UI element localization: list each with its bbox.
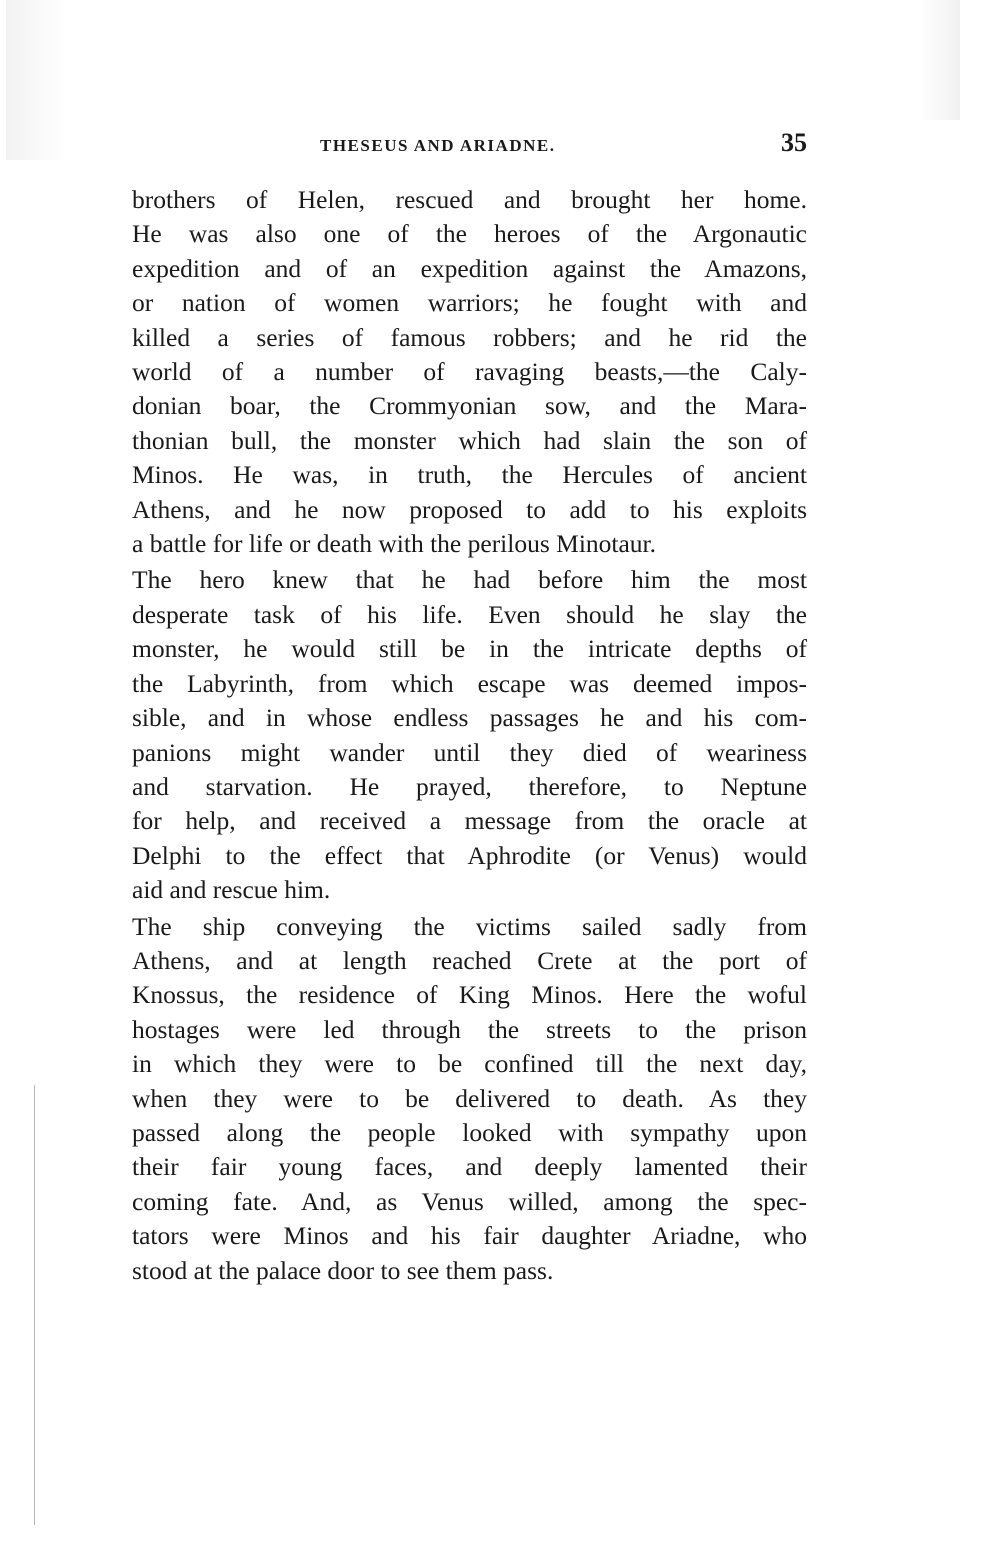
text-line: donian boar, the Crommyonian sow, and th… bbox=[132, 389, 807, 423]
text-line: and starvation. He prayed, therefore, to… bbox=[132, 770, 807, 804]
text-line: coming fate. And, as Venus willed, among… bbox=[132, 1185, 807, 1219]
text-line: The ship conveying the victims sailed sa… bbox=[132, 910, 807, 944]
text-line: desperate task of his life. Even should … bbox=[132, 598, 807, 632]
body-text: brothers of Helen, rescued and brought h… bbox=[132, 183, 807, 1288]
text-line: Delphi to the effect that Aphrodite (or … bbox=[132, 839, 807, 873]
text-line: or nation of women warriors; he fought w… bbox=[132, 286, 807, 320]
text-line: their fair young faces, and deeply lamen… bbox=[132, 1150, 807, 1184]
text-line: aid and rescue him. bbox=[132, 873, 807, 907]
scan-margin-line bbox=[34, 1085, 35, 1525]
text-line: for help, and received a message from th… bbox=[132, 804, 807, 838]
text-line: the Labyrinth, from which escape was dee… bbox=[132, 667, 807, 701]
text-line: stood at the palace door to see them pas… bbox=[132, 1254, 807, 1288]
text-line: Knossus, the residence of King Minos. He… bbox=[132, 978, 807, 1012]
text-line: He was also one of the heroes of the Arg… bbox=[132, 217, 807, 251]
text-line: a battle for life or death with the peri… bbox=[132, 527, 807, 561]
text-line: thonian bull, the monster which had slai… bbox=[132, 424, 807, 458]
page-number: 35 bbox=[781, 128, 807, 158]
paragraph: The hero knew that he had before him the… bbox=[132, 563, 807, 907]
text-line: brothers of Helen, rescued and brought h… bbox=[132, 183, 807, 217]
text-line: tators were Minos and his fair daughter … bbox=[132, 1219, 807, 1253]
running-title: THESEUS AND ARIADNE. bbox=[320, 136, 555, 156]
text-line: killed a series of famous robbers; and h… bbox=[132, 321, 807, 355]
text-line: Minos. He was, in truth, the Hercules of… bbox=[132, 458, 807, 492]
text-line: in which they were to be confined till t… bbox=[132, 1047, 807, 1081]
text-line: Athens, and he now proposed to add to hi… bbox=[132, 493, 807, 527]
text-line: passed along the people looked with symp… bbox=[132, 1116, 807, 1150]
scan-margin-shadow-right bbox=[920, 0, 960, 120]
page-header: THESEUS AND ARIADNE. 35 bbox=[132, 128, 807, 168]
text-line: when they were to be delivered to death.… bbox=[132, 1082, 807, 1116]
paragraph: The ship conveying the victims sailed sa… bbox=[132, 910, 807, 1288]
text-line: panions might wander until they died of … bbox=[132, 736, 807, 770]
text-line: sible, and in whose endless passages he … bbox=[132, 701, 807, 735]
text-line: The hero knew that he had before him the… bbox=[132, 563, 807, 597]
text-line: Athens, and at length reached Crete at t… bbox=[132, 944, 807, 978]
text-line: monster, he would still be in the intric… bbox=[132, 632, 807, 666]
text-line: hostages were led through the streets to… bbox=[132, 1013, 807, 1047]
text-line: expedition and of an expedition against … bbox=[132, 252, 807, 286]
text-line: world of a number of ravaging beasts,—th… bbox=[132, 355, 807, 389]
paragraph: brothers of Helen, rescued and brought h… bbox=[132, 183, 807, 561]
scan-margin-shadow-left bbox=[6, 0, 66, 160]
